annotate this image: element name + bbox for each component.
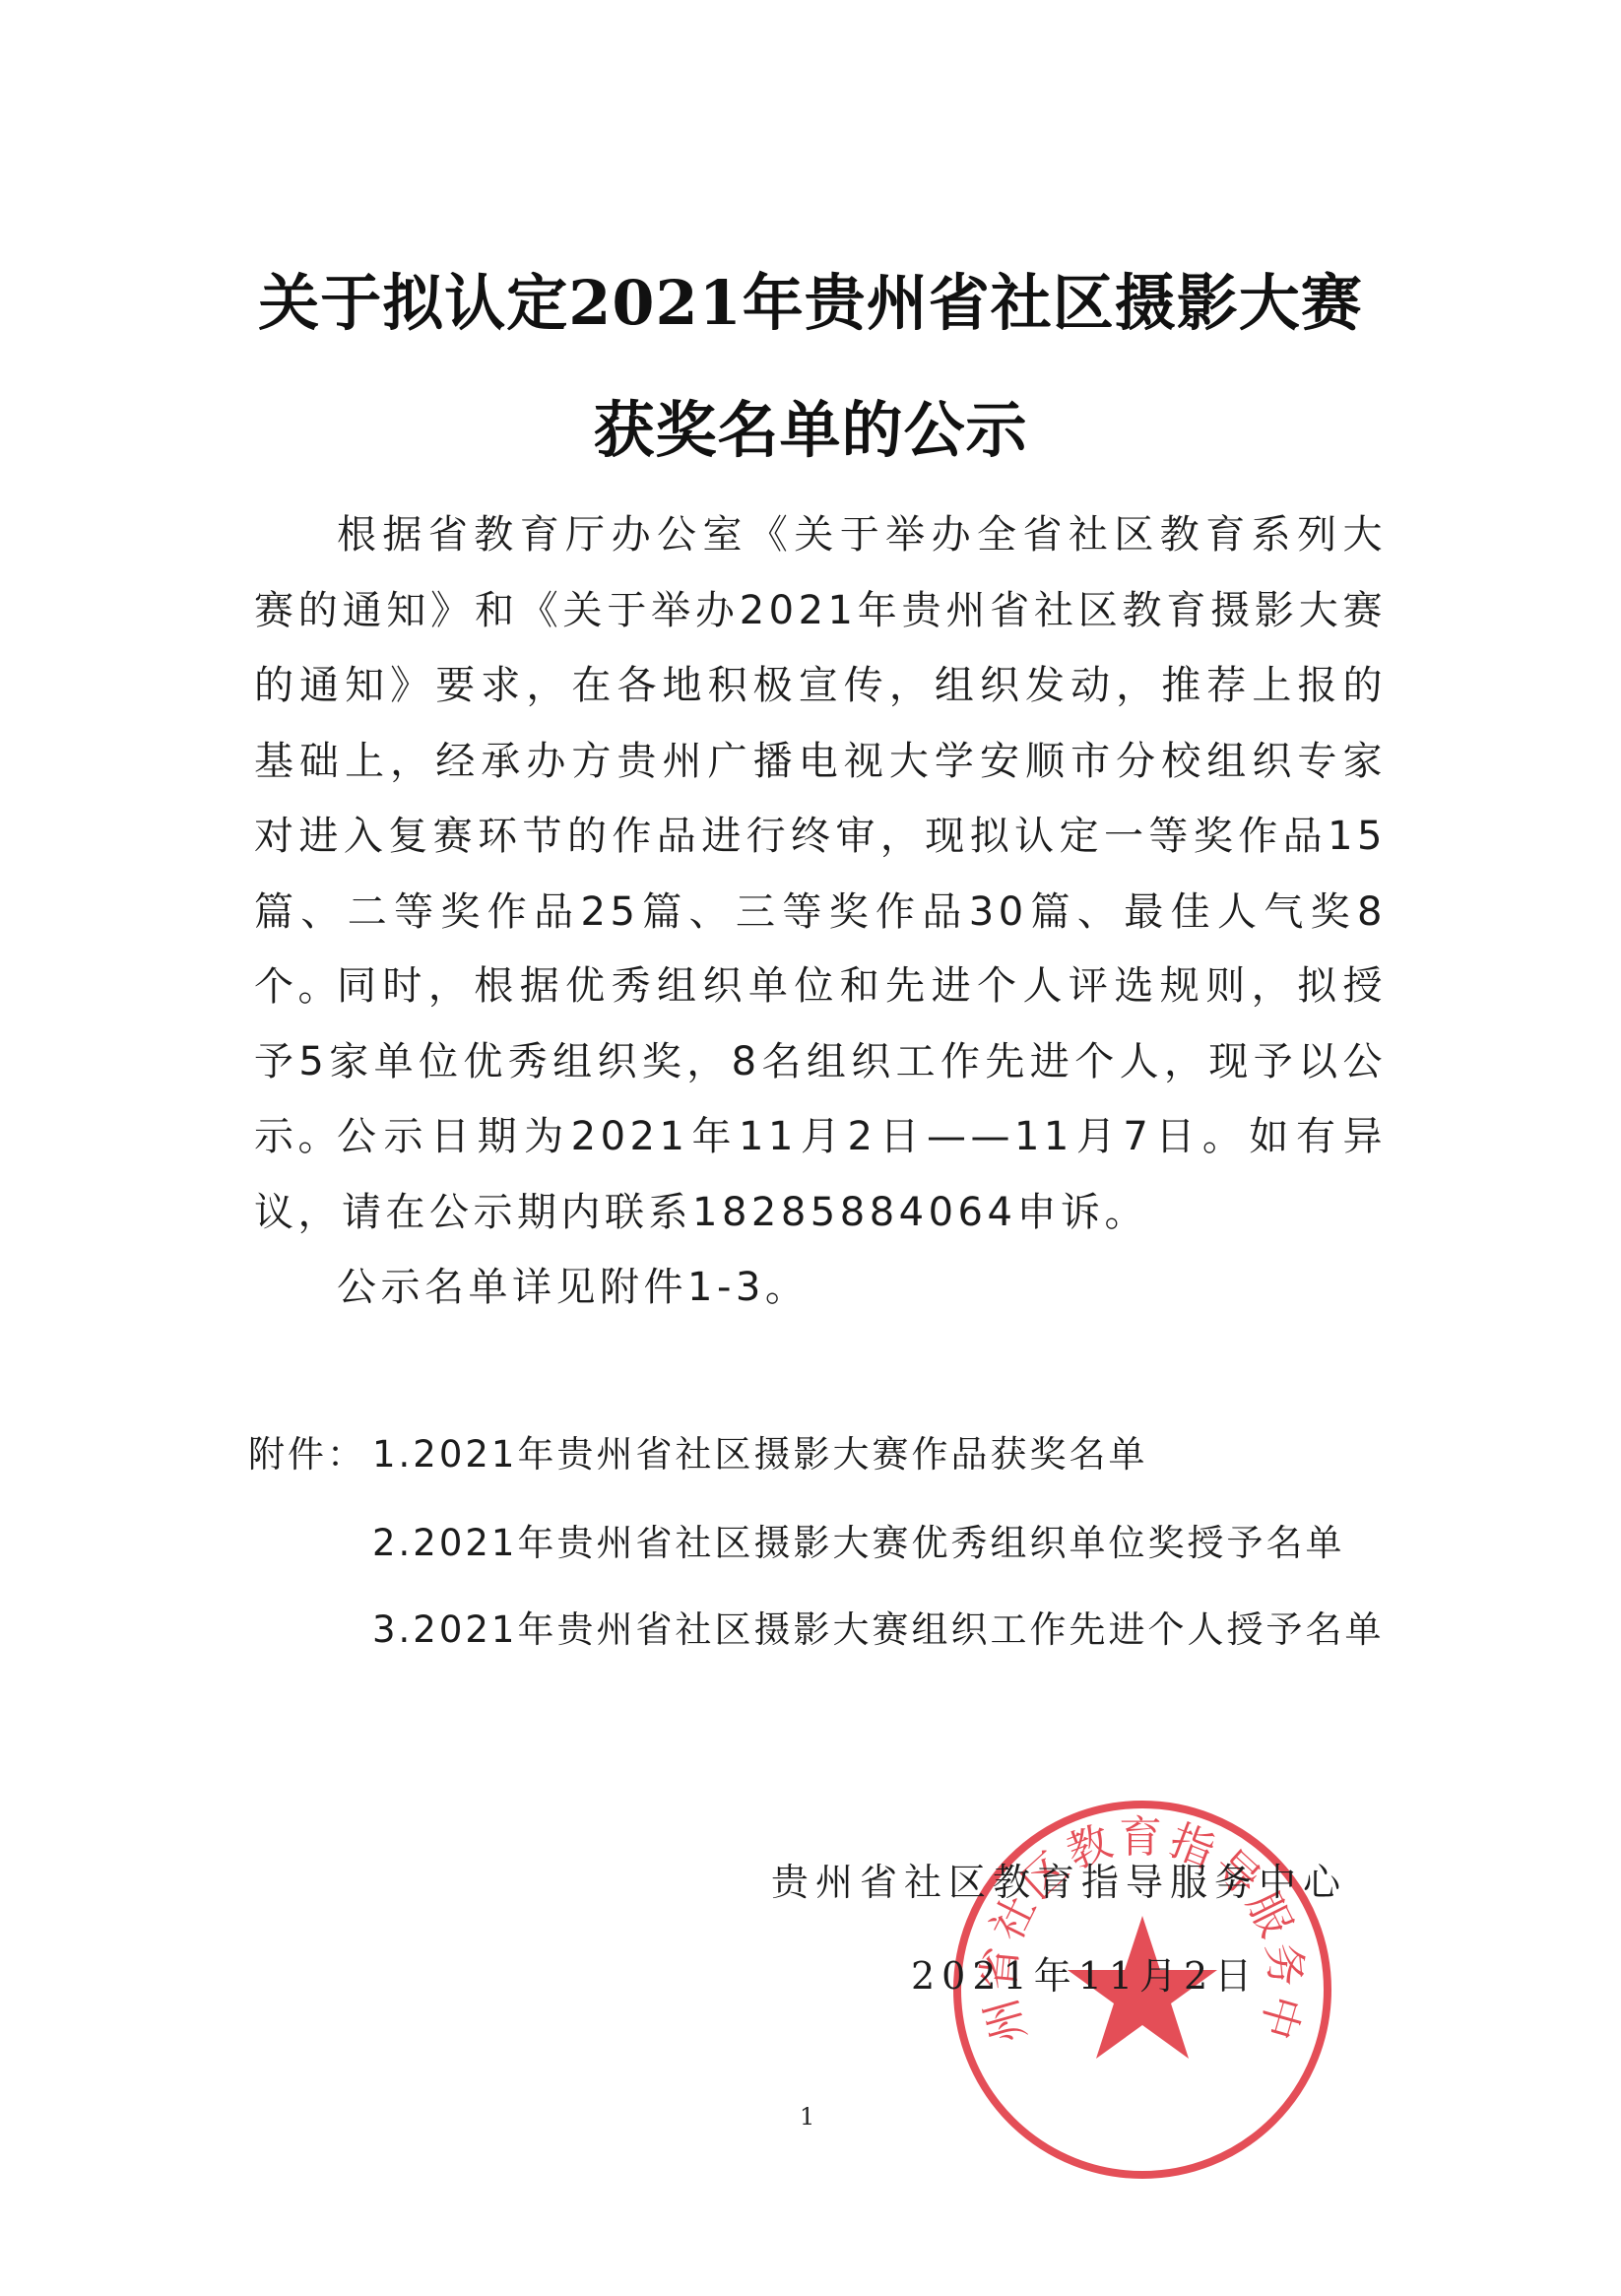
body-paragraph-3: 公示日期为2021年11月2日——11月7日。如有异议，请在公示期内联系1828… xyxy=(254,1099,1387,1250)
signature-date: 2021年11月2日 xyxy=(911,1945,1259,2000)
body-paragraph-4: 公示名单详见附件1-3。 xyxy=(254,1250,1387,1326)
body-paragraph-1: 根据省教育厅办公室《关于举办全省社区教育系列大赛的通知》和《关于举办2021年贵… xyxy=(254,497,1387,1025)
document-title-line-1: 关于拟认定2021年贵州省社区摄影大赛 xyxy=(0,254,1621,342)
attachments-label: 附件： xyxy=(248,1424,366,1477)
document-title-line-2: 获奖名单的公示 xyxy=(0,381,1621,469)
signer-organization: 贵州省社区教育指导服务中心 xyxy=(771,1852,1347,1906)
page-number: 1 xyxy=(800,2103,814,2131)
document-page: 关于拟认定2021年贵州省社区摄影大赛 获奖名单的公示 根据省教育厅办公室《关于… xyxy=(0,0,1621,2296)
attachment-item-2: 2.2021年贵州省社区摄影大赛优秀组织单位奖授予名单 xyxy=(372,1513,1344,1566)
attachment-item-1: 1.2021年贵州省社区摄影大赛作品获奖名单 xyxy=(372,1424,1147,1477)
attachment-item-3: 3.2021年贵州省社区摄影大赛组织工作先进个人授予名单 xyxy=(372,1600,1384,1653)
